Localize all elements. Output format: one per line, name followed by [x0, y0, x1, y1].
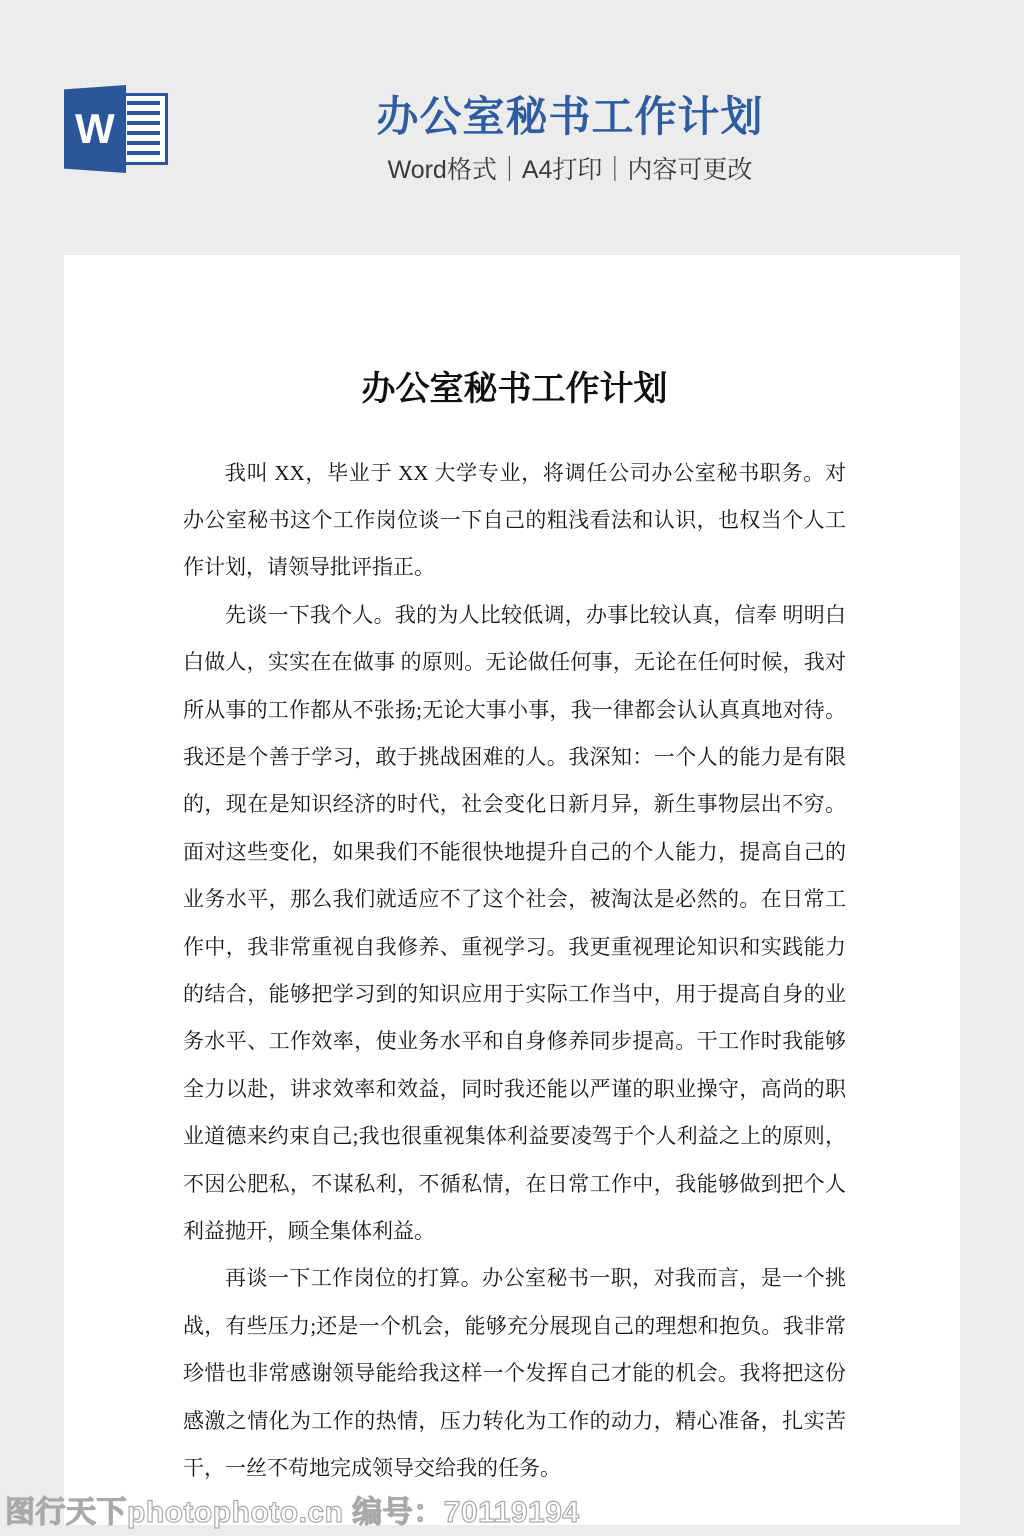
header-title: 办公室秘书工作计划 — [180, 93, 960, 141]
word-file-icon: W — [64, 85, 168, 173]
word-doc-lines-icon — [127, 101, 160, 157]
word-doc-sheet-icon — [120, 93, 168, 165]
word-letter: W — [75, 108, 115, 150]
document-body: 我叫 XX，毕业于 XX 大学专业，将调任公司办公室秘书职务。对办公室秘书这个工… — [183, 450, 846, 1493]
document-paragraph: 先谈一下我个人。我的为人比较低调，办事比较认真，信奉 明明白白做人，实实在在做事… — [183, 592, 846, 1256]
document-title: 办公室秘书工作计划 — [183, 369, 846, 412]
template-preview-page: { "header": { "title": "办公室秘书工作计划", "sub… — [0, 0, 1024, 1536]
header: W 办公室秘书工作计划 Word格式｜A4打印｜内容可更改 — [0, 0, 1024, 255]
watermark-text: 图行天下photophoto.cn 编号：70119194 — [5, 1487, 580, 1531]
document-paragraph: 再谈一下工作岗位的打算。办公室秘书一职，对我而言，是一个挑战，有些压力;还是一个… — [183, 1255, 846, 1492]
word-w-badge-icon: W — [64, 85, 126, 173]
header-text-block: 办公室秘书工作计划 Word格式｜A4打印｜内容可更改 — [180, 93, 960, 186]
header-subtitle: Word格式｜A4打印｜内容可更改 — [180, 150, 960, 186]
document-page: 办公室秘书工作计划 我叫 XX，毕业于 XX 大学专业，将调任公司办公室秘书职务… — [64, 255, 960, 1525]
document-paragraph: 我叫 XX，毕业于 XX 大学专业，将调任公司办公室秘书职务。对办公室秘书这个工… — [183, 450, 846, 592]
